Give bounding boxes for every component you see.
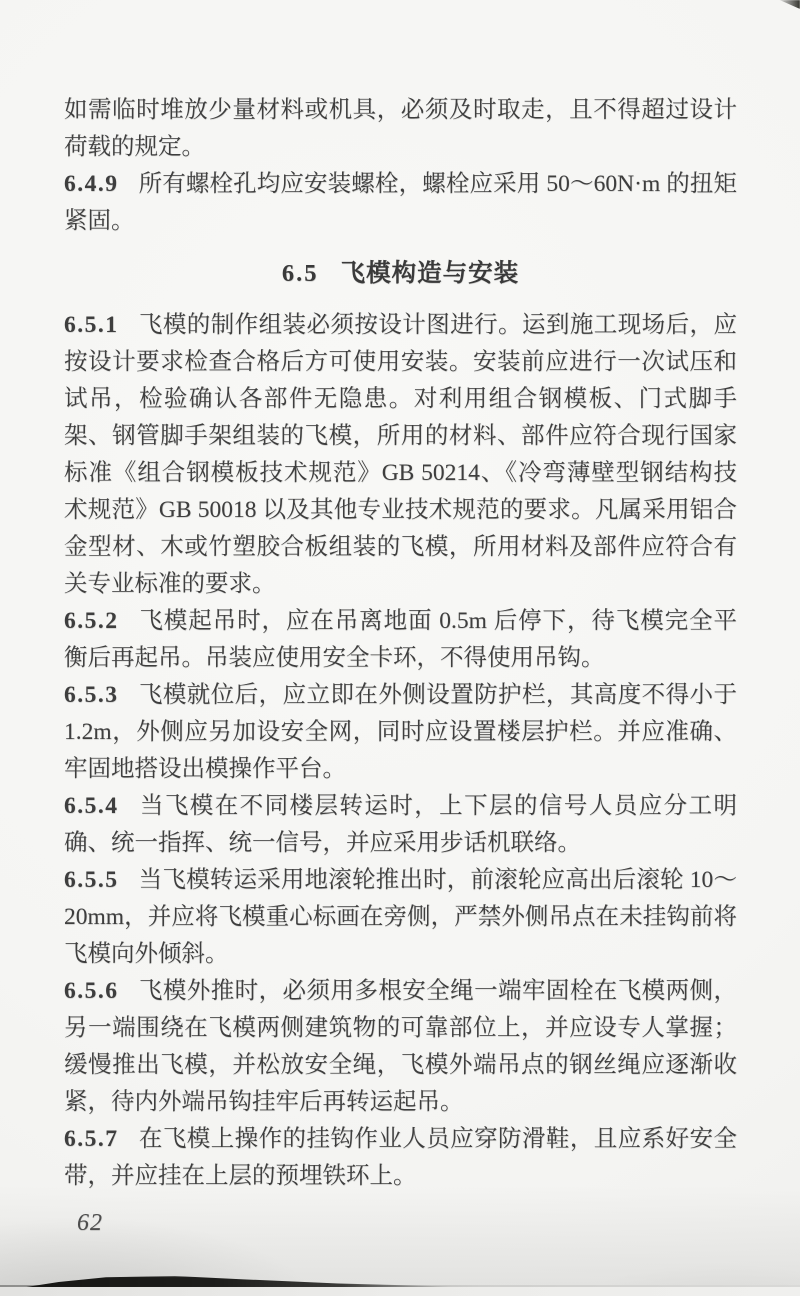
clause-number: 6.4.9 <box>64 171 119 197</box>
section-heading-title: 飞模构造与安装 <box>341 260 520 287</box>
clause-number: 6.5.3 <box>64 682 119 708</box>
clause-text: 当飞模转运采用地滚轮推出时，前滚轮应高出后滚轮 10～20mm，并应将飞模重心标… <box>64 867 737 967</box>
clause-number: 6.5.6 <box>64 978 119 1004</box>
clause-text: 飞模外推时，必须用多根安全绳一端牢固栓在飞模两侧，另一端围绕在飞模两侧建筑物的可… <box>64 978 737 1115</box>
clause-number: 6.5.2 <box>64 608 119 634</box>
clause-text: 在飞模上操作的挂钩作业人员应穿防滑鞋，且应系好安全带，并应挂在上层的预埋铁环上。 <box>64 1126 737 1189</box>
clause-6-5-4: 6.5.4当飞模在不同楼层转运时，上下层的信号人员应分工明确、统一指挥、统一信号… <box>64 788 737 862</box>
clause-text: 飞模起吊时，应在吊离地面 0.5m 后停下，待飞模完全平衡后再起吊。吊装应使用安… <box>64 608 737 671</box>
clause-number: 6.5.4 <box>64 793 119 819</box>
clause-number: 6.5.7 <box>64 1126 119 1152</box>
scanned-document-page: 如需临时堆放少量材料或机具，必须及时取走，且不得超过设计荷载的规定。 6.4.9… <box>0 0 800 1296</box>
clause-text: 飞模的制作组装必须按设计图进行。运到施工现场后，应按设计要求检查合格后方可使用安… <box>64 312 737 597</box>
clause-number: 6.5.1 <box>64 312 119 338</box>
clause-number: 6.5.5 <box>64 867 119 893</box>
clause-text: 当飞模在不同楼层转运时，上下层的信号人员应分工明确、统一指挥、统一信号，并应采用… <box>64 793 737 856</box>
clause-6-5-3: 6.5.3飞模就位后，应立即在外侧设置防护栏，其高度不得小于 1.2m，外侧应另… <box>64 677 737 788</box>
continuation-paragraph: 如需临时堆放少量材料或机具，必须及时取走，且不得超过设计荷载的规定。 <box>64 92 737 166</box>
clause-text: 飞模就位后，应立即在外侧设置防护栏，其高度不得小于 1.2m，外侧应另加设安全网… <box>64 682 737 782</box>
clause-6-4-9: 6.4.9所有螺栓孔均应安装螺栓，螺栓应采用 50～60N·m 的扭矩紧固。 <box>64 166 737 240</box>
clause-6-5-2: 6.5.2飞模起吊时，应在吊离地面 0.5m 后停下，待飞模完全平衡后再起吊。吊… <box>64 603 737 677</box>
page-body-text: 如需临时堆放少量材料或机具，必须及时取走，且不得超过设计荷载的规定。 6.4.9… <box>64 92 737 1242</box>
clause-6-5-6: 6.5.6飞模外推时，必须用多根安全绳一端牢固栓在飞模两侧，另一端围绕在飞模两侧… <box>64 973 737 1121</box>
clause-text: 所有螺栓孔均应安装螺栓，螺栓应采用 50～60N·m 的扭矩紧固。 <box>64 171 737 234</box>
clause-6-5-5: 6.5.5当飞模转运采用地滚轮推出时，前滚轮应高出后滚轮 10～20mm，并应将… <box>64 862 737 973</box>
clause-6-5-1: 6.5.1飞模的制作组装必须按设计图进行。运到施工现场后，应按设计要求检查合格后… <box>64 307 737 603</box>
scan-bottom-strip <box>0 1287 800 1296</box>
continuation-text: 如需临时堆放少量材料或机具，必须及时取走，且不得超过设计荷载的规定。 <box>64 97 737 160</box>
clause-6-5-7: 6.5.7在飞模上操作的挂钩作业人员应穿防滑鞋，且应系好安全带，并应挂在上层的预… <box>64 1121 737 1195</box>
scan-corner-mark <box>776 0 800 9</box>
section-heading-number: 6.5 <box>282 260 319 287</box>
page-number: 62 <box>77 1205 737 1242</box>
section-heading: 6.5飞模构造与安装 <box>64 255 737 292</box>
